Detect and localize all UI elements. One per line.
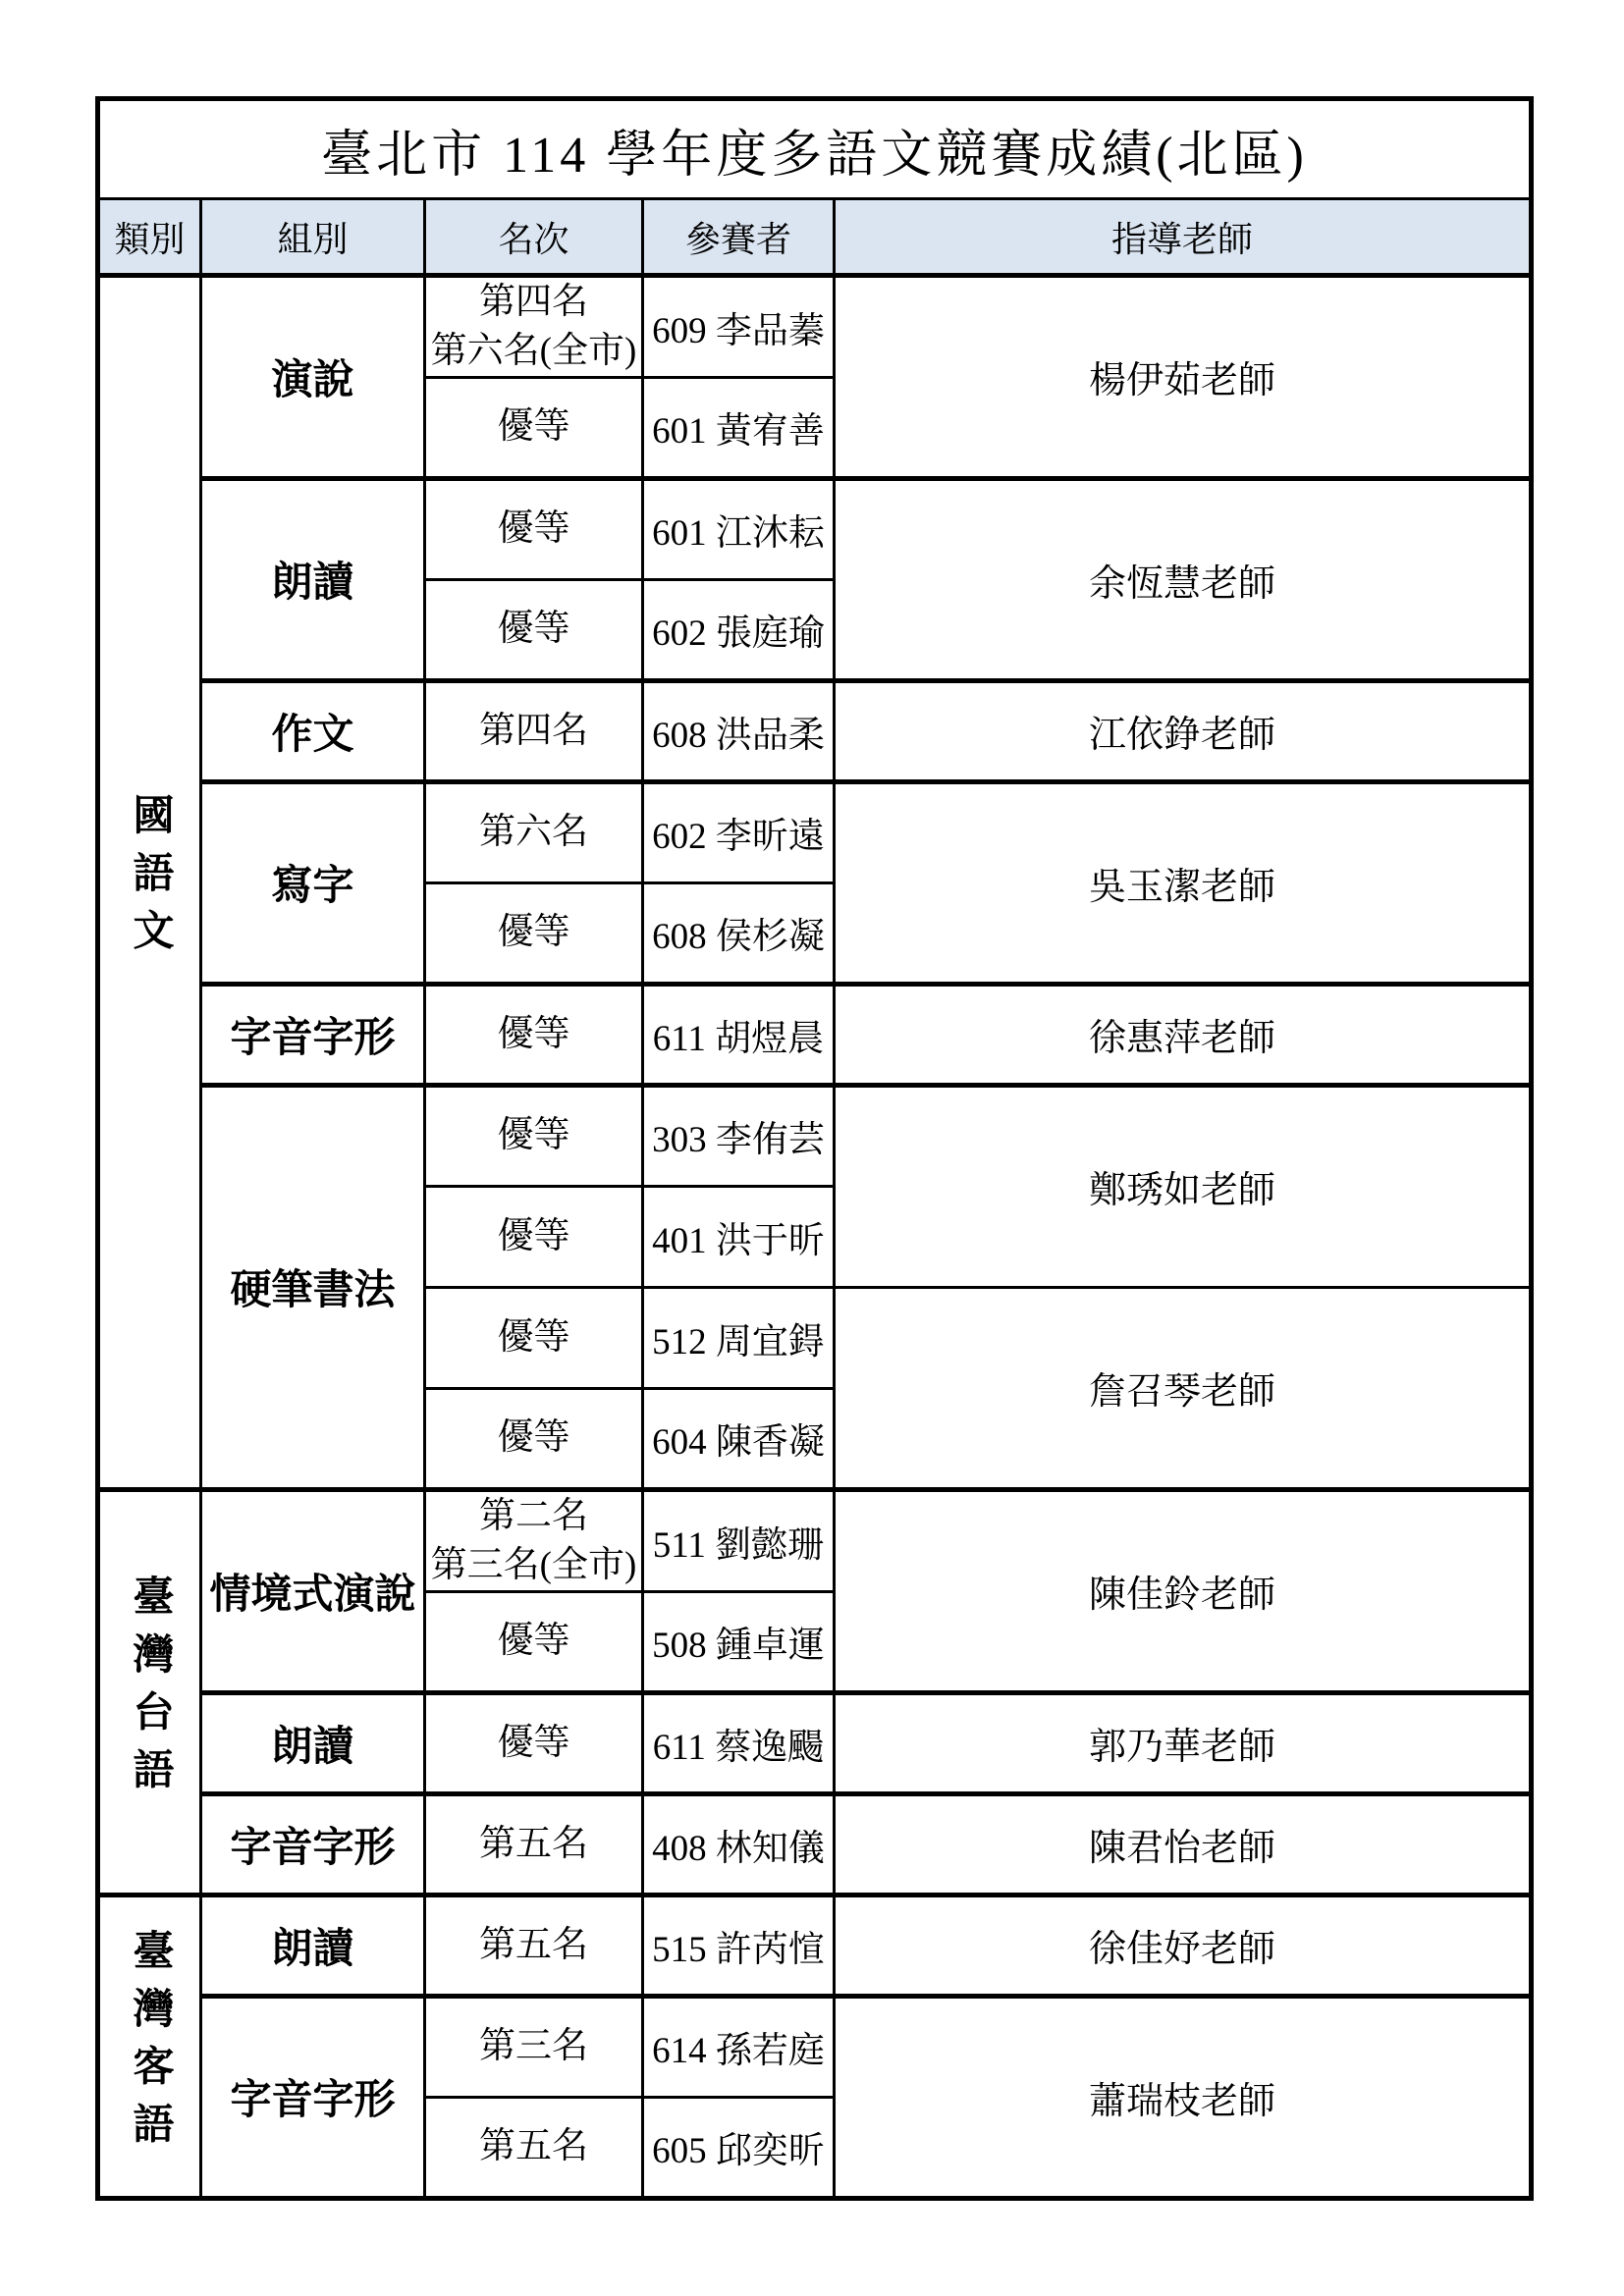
table-row: 作文 第四名 608 洪品柔 江依錚老師: [98, 680, 1532, 781]
participant-cell: 602 李昕遠: [643, 781, 835, 882]
table-row: 字音字形 第五名 408 林知儀 陳君怡老師: [98, 1793, 1532, 1895]
group-cell: 情境式演說: [201, 1489, 425, 1692]
rank-cell: 第二名 第三名(全市): [425, 1489, 643, 1591]
teacher-cell: 楊伊茹老師: [835, 276, 1532, 479]
group-cell: 朗讀: [201, 478, 425, 680]
participant-cell: 515 許芮愃: [643, 1895, 835, 1996]
participant-cell: 512 周宜鍀: [643, 1287, 835, 1388]
rank-cell: 第六名: [425, 781, 643, 882]
group-cell: 朗讀: [201, 1895, 425, 1996]
rank-cell: 優等: [425, 984, 643, 1085]
rank-cell: 優等: [425, 1591, 643, 1692]
results-table: 臺北市 114 學年度多語文競賽成績(北區) 類別 組別 名次 參賽者 指導老師…: [95, 96, 1534, 2201]
teacher-cell: 吳玉潔老師: [835, 781, 1532, 984]
rank-cell: 第四名 第六名(全市): [425, 276, 643, 378]
teacher-cell: 江依錚老師: [835, 680, 1532, 781]
table-row: 臺灣台語 情境式演說 第二名 第三名(全市) 511 劉懿珊 陳佳鈴老師: [98, 1489, 1532, 1591]
group-cell: 朗讀: [201, 1692, 425, 1793]
rank-cell: 優等: [425, 882, 643, 984]
rank-cell: 優等: [425, 1287, 643, 1388]
table-row: 國語文 演說 第四名 第六名(全市) 609 李品蓁 楊伊茹老師: [98, 276, 1532, 378]
table-row: 字音字形 第三名 614 孫若庭 蕭瑞枝老師: [98, 1996, 1532, 2097]
category-cell: 國語文: [98, 276, 201, 1490]
participant-cell: 608 洪品柔: [643, 680, 835, 781]
teacher-cell: 陳佳鈴老師: [835, 1489, 1532, 1692]
rank-cell: 第五名: [425, 2097, 643, 2198]
table-row: 朗讀 優等 601 江沐耘 余恆慧老師: [98, 478, 1532, 579]
rank-cell: 第五名: [425, 1895, 643, 1996]
participant-cell: 604 陳香凝: [643, 1388, 835, 1489]
table-row: 硬筆書法 優等 303 李侑芸 鄭琇如老師: [98, 1085, 1532, 1186]
rank-cell: 優等: [425, 377, 643, 478]
teacher-cell: 余恆慧老師: [835, 478, 1532, 680]
col-header-teacher: 指導老師: [835, 199, 1532, 276]
participant-cell: 511 劉懿珊: [643, 1489, 835, 1591]
rank-cell: 第五名: [425, 1793, 643, 1895]
group-cell: 寫字: [201, 781, 425, 984]
teacher-cell: 徐佳妤老師: [835, 1895, 1532, 1996]
participant-cell: 605 邱奕昕: [643, 2097, 835, 2198]
participant-cell: 408 林知儀: [643, 1793, 835, 1895]
rank-cell: 優等: [425, 1692, 643, 1793]
teacher-cell: 陳君怡老師: [835, 1793, 1532, 1895]
rank-cell: 優等: [425, 579, 643, 680]
category-label: 國語文: [121, 793, 180, 966]
col-header-rank: 名次: [425, 199, 643, 276]
header-row: 類別 組別 名次 參賽者 指導老師: [98, 199, 1532, 276]
group-cell: 硬筆書法: [201, 1085, 425, 1489]
rank-cell: 優等: [425, 1388, 643, 1489]
col-header-category: 類別: [98, 199, 201, 276]
rank-cell: 優等: [425, 478, 643, 579]
category-cell: 臺灣台語: [98, 1489, 201, 1895]
rank-cell: 優等: [425, 1085, 643, 1186]
table-row: 朗讀 優等 611 蔡逸颺 郭乃華老師: [98, 1692, 1532, 1793]
participant-cell: 401 洪于昕: [643, 1186, 835, 1287]
table-row: 字音字形 優等 611 胡煜晨 徐惠萍老師: [98, 984, 1532, 1085]
page-title: 臺北市 114 學年度多語文競賽成績(北區): [98, 99, 1532, 199]
col-header-group: 組別: [201, 199, 425, 276]
participant-cell: 303 李侑芸: [643, 1085, 835, 1186]
participant-cell: 602 張庭瑜: [643, 579, 835, 680]
rank-cell: 第四名: [425, 680, 643, 781]
participant-cell: 508 鍾卓運: [643, 1591, 835, 1692]
participant-cell: 601 黃宥善: [643, 377, 835, 478]
group-cell: 演說: [201, 276, 425, 479]
col-header-participant: 參賽者: [643, 199, 835, 276]
category-label: 臺灣台語: [121, 1575, 180, 1805]
rank-cell: 優等: [425, 1186, 643, 1287]
teacher-cell: 蕭瑞枝老師: [835, 1996, 1532, 2198]
participant-cell: 611 胡煜晨: [643, 984, 835, 1085]
participant-cell: 608 侯杉凝: [643, 882, 835, 984]
group-cell: 字音字形: [201, 984, 425, 1085]
group-cell: 作文: [201, 680, 425, 781]
teacher-cell: 徐惠萍老師: [835, 984, 1532, 1085]
table-row: 臺灣客語 朗讀 第五名 515 許芮愃 徐佳妤老師: [98, 1895, 1532, 1996]
category-label: 臺灣客語: [121, 1929, 180, 2160]
rank-cell: 第三名: [425, 1996, 643, 2097]
participant-cell: 611 蔡逸颺: [643, 1692, 835, 1793]
table-row: 寫字 第六名 602 李昕遠 吳玉潔老師: [98, 781, 1532, 882]
participant-cell: 601 江沐耘: [643, 478, 835, 579]
participant-cell: 614 孫若庭: [643, 1996, 835, 2097]
title-row: 臺北市 114 學年度多語文競賽成績(北區): [98, 99, 1532, 199]
participant-cell: 609 李品蓁: [643, 276, 835, 378]
category-cell: 臺灣客語: [98, 1895, 201, 2198]
teacher-cell: 郭乃華老師: [835, 1692, 1532, 1793]
group-cell: 字音字形: [201, 1996, 425, 2198]
teacher-cell: 鄭琇如老師: [835, 1085, 1532, 1287]
group-cell: 字音字形: [201, 1793, 425, 1895]
teacher-cell: 詹召琴老師: [835, 1287, 1532, 1489]
